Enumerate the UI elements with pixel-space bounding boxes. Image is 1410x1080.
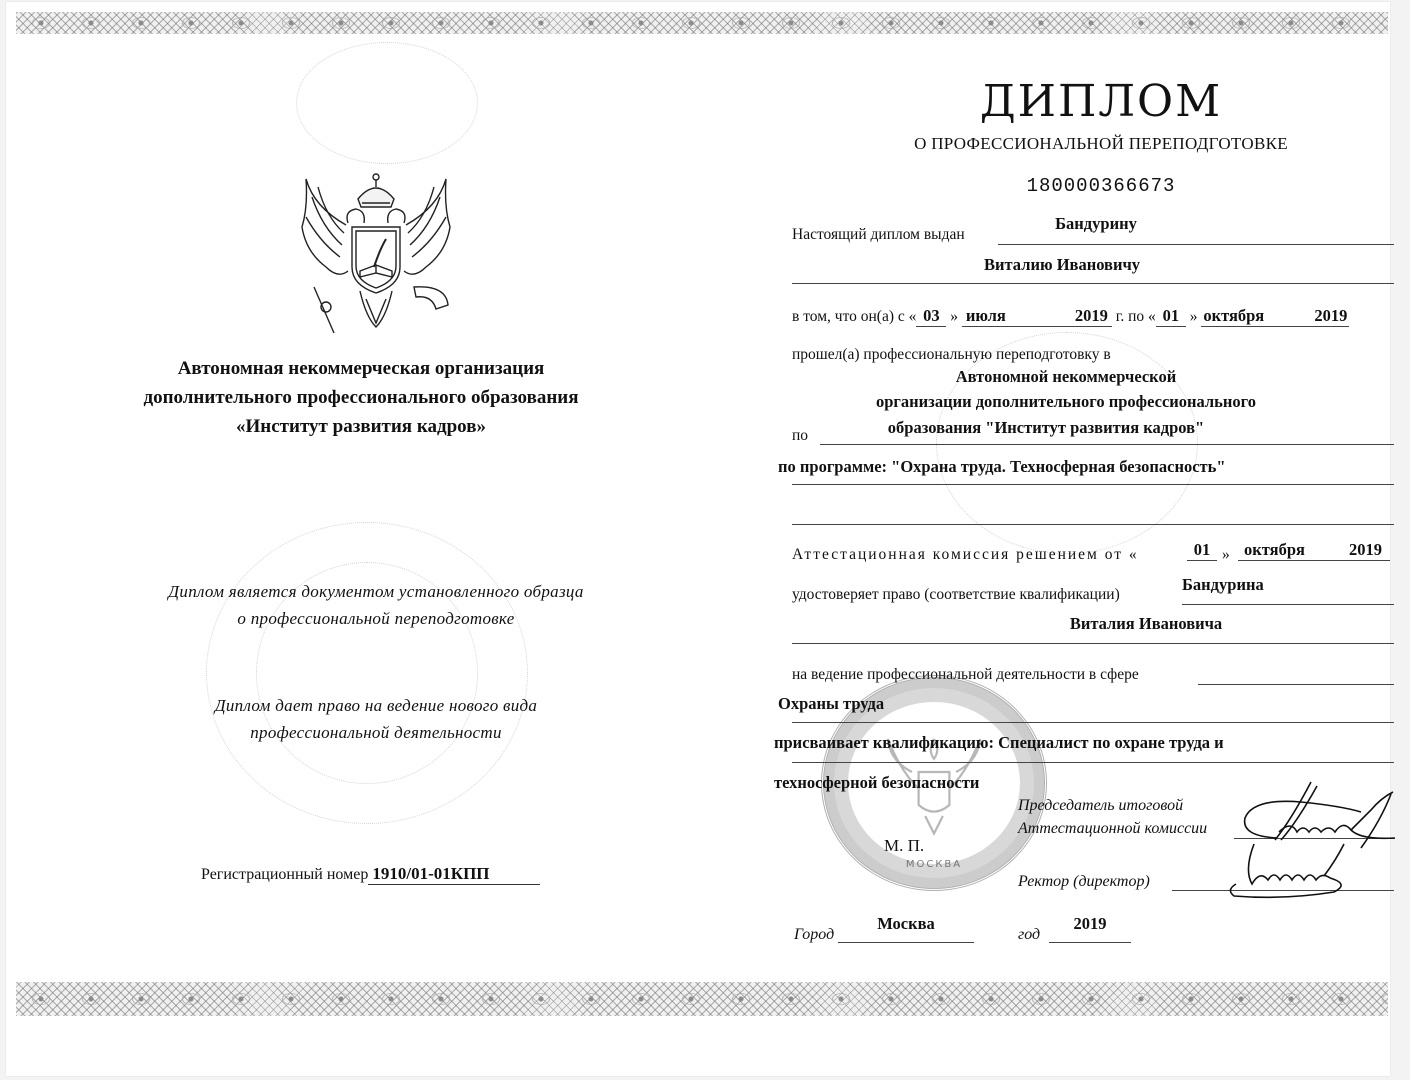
period-prefix: в том, что он(а) с « [792, 308, 916, 325]
certifies-label: удостоверяет право (соответствие квалифи… [792, 586, 1394, 604]
double-headed-eagle-icon [296, 167, 456, 342]
training-program: по программе: "Охрана труда. Техносферна… [778, 457, 1394, 477]
field-underline [792, 762, 1394, 763]
certified-surname: Бандурина [1182, 575, 1264, 595]
field-underline [792, 524, 1394, 525]
diploma-title: ДИПЛОМ [966, 76, 1236, 127]
ornament-border-bottom [16, 982, 1388, 1016]
training-label: прошел(а) профессиональную переподготовк… [792, 346, 1394, 364]
recipient-name: Виталию Ивановичу [892, 255, 1232, 275]
field-underline [1198, 684, 1394, 685]
quote-close: » [950, 308, 958, 325]
start-day: 03 [916, 306, 946, 327]
start-year: 2019 [1075, 306, 1108, 326]
note-2-line-2: профессиональной деятельности [86, 719, 666, 746]
commission-month: октября [1244, 540, 1305, 560]
start-month: июля [966, 306, 1006, 326]
field-underline [792, 484, 1394, 485]
commission-label: Аттестационная комиссия решением от « [792, 546, 1139, 563]
start-month-year: июля2019 [962, 306, 1112, 327]
field-underline [792, 722, 1394, 723]
field-underline [1049, 942, 1131, 943]
guilloche-pattern [296, 42, 478, 164]
commission-day-field: 01 [1187, 540, 1217, 561]
serial-number: 180000366673 [966, 175, 1236, 197]
city-value: Москва [838, 914, 974, 934]
commission-day: 01 [1187, 540, 1217, 561]
end-year: 2019 [1314, 306, 1347, 326]
diploma-note-rights: Диплом дает право на ведение нового вида… [86, 692, 666, 746]
recipient-surname: Бандурину [996, 214, 1196, 234]
city-label: Город [794, 926, 834, 944]
ornament-border-top [16, 12, 1388, 34]
organization-line-2: дополнительного профессионального образо… [86, 383, 636, 412]
period-row: в том, что он(а) с «03 » июля2019 г. по … [792, 306, 1394, 327]
field-underline [792, 643, 1394, 644]
year-label: год [1018, 926, 1040, 944]
diploma-note-standard: Диплом является документом установленног… [86, 578, 666, 632]
qualification-line-1: присваивает квалификацию: Специалист по … [774, 733, 1394, 753]
diploma-page: Автономная некоммерческая организация до… [6, 2, 1390, 1076]
end-month-year: октября2019 [1201, 306, 1349, 327]
seal-city-text: МОСКВА [824, 859, 1044, 870]
training-org-line-2: организации дополнительного профессионал… [806, 392, 1326, 412]
year-value: 2019 [1049, 914, 1131, 934]
diploma-subtitle: О ПРОФЕССИОНАЛЬНОЙ ПЕРЕПОДГОТОВКЕ [876, 134, 1326, 154]
organization-line-3: «Институт развития кадров» [86, 412, 636, 441]
training-org-line-3: образования "Институт развития кадров" [836, 418, 1256, 438]
registration-number: Регистрационный номер1910/01-01КПП [201, 864, 540, 885]
organization-line-1: Автономная некоммерческая организация [86, 354, 636, 383]
certified-name: Виталия Ивановича [1026, 614, 1266, 634]
organization-name: Автономная некоммерческая организация до… [86, 354, 636, 441]
chair-label-line-1: Председатель итоговой [1018, 797, 1183, 815]
qualification-line-2: техносферной безопасности [774, 773, 979, 793]
field-underline [838, 942, 974, 943]
end-month: октября [1203, 306, 1264, 326]
note-2-line-1: Диплом дает право на ведение нового вида [86, 692, 666, 719]
registration-label: Регистрационный номер [201, 866, 368, 883]
quote-close: » [1190, 308, 1198, 325]
activity-value: Охраны труда [778, 694, 884, 714]
chair-label-line-2: Аттестационной комиссии [1018, 820, 1207, 838]
field-underline [1182, 604, 1394, 605]
note-1-line-1: Диплом является документом установленног… [86, 578, 666, 605]
guilloche-pattern [206, 522, 528, 824]
rector-label: Ректор (директор) [1018, 873, 1150, 891]
field-underline [998, 244, 1394, 245]
period-to-label: г. по « [1116, 308, 1156, 325]
seal-place-label: М. П. [884, 836, 924, 856]
commission-month-year: октября2019 [1238, 540, 1390, 561]
note-1-line-2: о профессиональной переподготовке [86, 605, 666, 632]
issued-to-label: Настоящий диплом выдан [792, 226, 965, 243]
rector-signature-icon [1224, 840, 1354, 900]
field-underline [820, 444, 1394, 445]
training-org-line-1: Автономной некоммерческой [866, 367, 1266, 387]
registration-value: 1910/01-01КПП [368, 864, 540, 885]
quote-close: » [1222, 546, 1230, 564]
field-underline [792, 283, 1394, 284]
activity-label: на ведение профессиональной деятельности… [792, 666, 1394, 684]
commission-year: 2019 [1349, 540, 1382, 560]
end-day: 01 [1156, 306, 1186, 327]
